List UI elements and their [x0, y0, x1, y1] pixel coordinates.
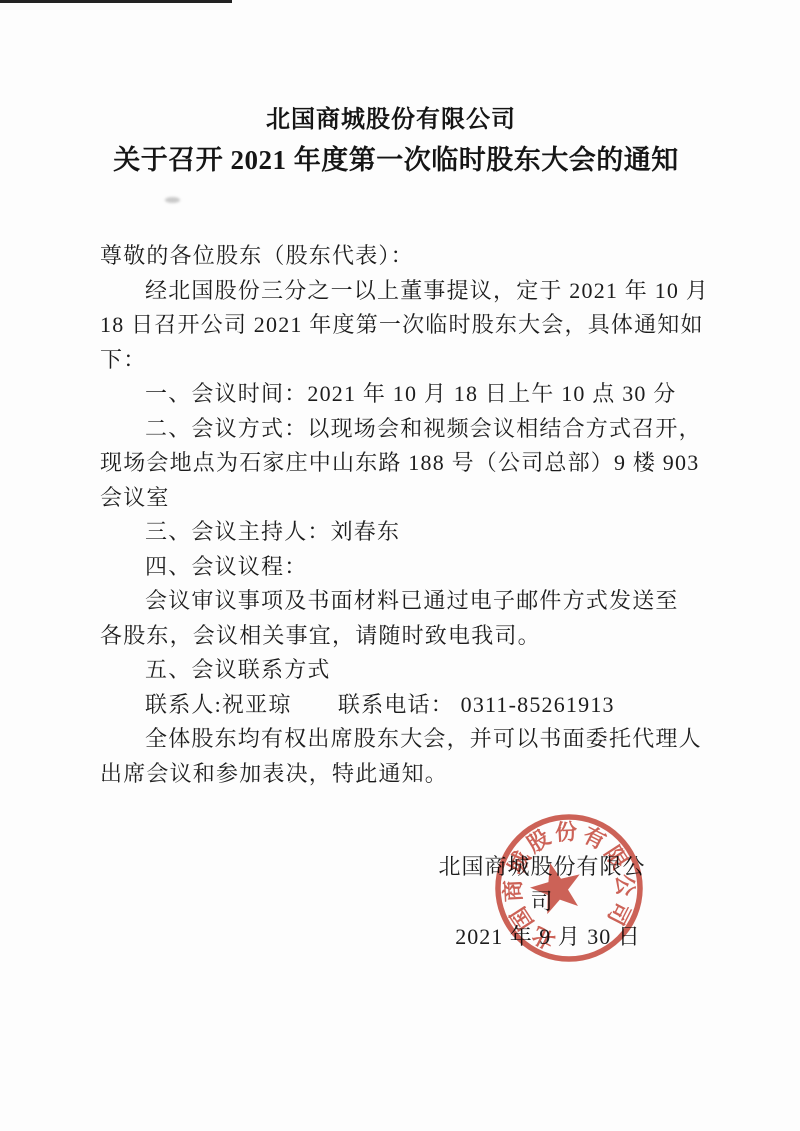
- notice-body: 尊敬的各位股东（股东代表）： 经北国股份三分之一以上董事提议，定于 2021 年…: [100, 239, 710, 791]
- seal-char: 份: [554, 819, 577, 845]
- notice-title: 关于召开 2021 年度第一次临时股东大会的通知: [0, 138, 792, 177]
- star-icon: [525, 856, 587, 916]
- meeting-agenda-line: 四、会议议程：: [100, 550, 710, 585]
- seal-char: 公: [612, 873, 638, 897]
- salutation-line: 尊敬的各位股东（股东代表）：: [100, 239, 710, 274]
- proposal-line-3: 下：: [100, 343, 710, 378]
- meeting-method-line-1: 二、会议方式：以现场会和视频会议相结合方式召开，: [100, 412, 710, 447]
- seal-char: 商: [500, 879, 526, 902]
- meeting-method-line-3: 会议室: [100, 481, 710, 516]
- agenda-detail-line-2: 各股东，会议相关事宜，请随时致电我司。: [100, 619, 710, 654]
- closing-line-2: 出席会议和参加表决，特此通知。: [100, 757, 710, 792]
- meeting-time-line: 一、会议时间：2021 年 10 月 18 日上午 10 点 30 分: [100, 377, 710, 412]
- agenda-detail-line-1: 会议审议事项及书面材料已通过电子邮件方式发送至: [100, 584, 710, 619]
- smudge-mark: [165, 197, 180, 203]
- meeting-host-line: 三、会议主持人：刘春东: [100, 515, 710, 550]
- company-seal: 北 国 商 城 股 份 有 限 公 司: [489, 808, 649, 968]
- contact-heading-line: 五、会议联系方式: [100, 653, 710, 688]
- scanned-notice-document: 北国商城股份有限公司 关于召开 2021 年度第一次临时股东大会的通知 尊敬的各…: [0, 0, 800, 1131]
- proposal-line-2: 18 日召开公司 2021 年度第一次临时股东大会，具体通知如: [100, 308, 710, 343]
- company-title: 北国商城股份有限公司: [0, 99, 782, 134]
- scan-edge-artifact: [0, 0, 232, 3]
- contact-info-line: 联系人:祝亚琼 联系电话： 0311-85261913: [100, 688, 710, 723]
- proposal-line-1: 经北国股份三分之一以上董事提议，定于 2021 年 10 月: [100, 274, 710, 309]
- closing-line-1: 全体股东均有权出席股东大会，并可以书面委托代理人: [100, 722, 710, 757]
- meeting-method-line-2: 现场会地点为石家庄中山东路 188 号（公司总部）9 楼 903: [100, 446, 710, 481]
